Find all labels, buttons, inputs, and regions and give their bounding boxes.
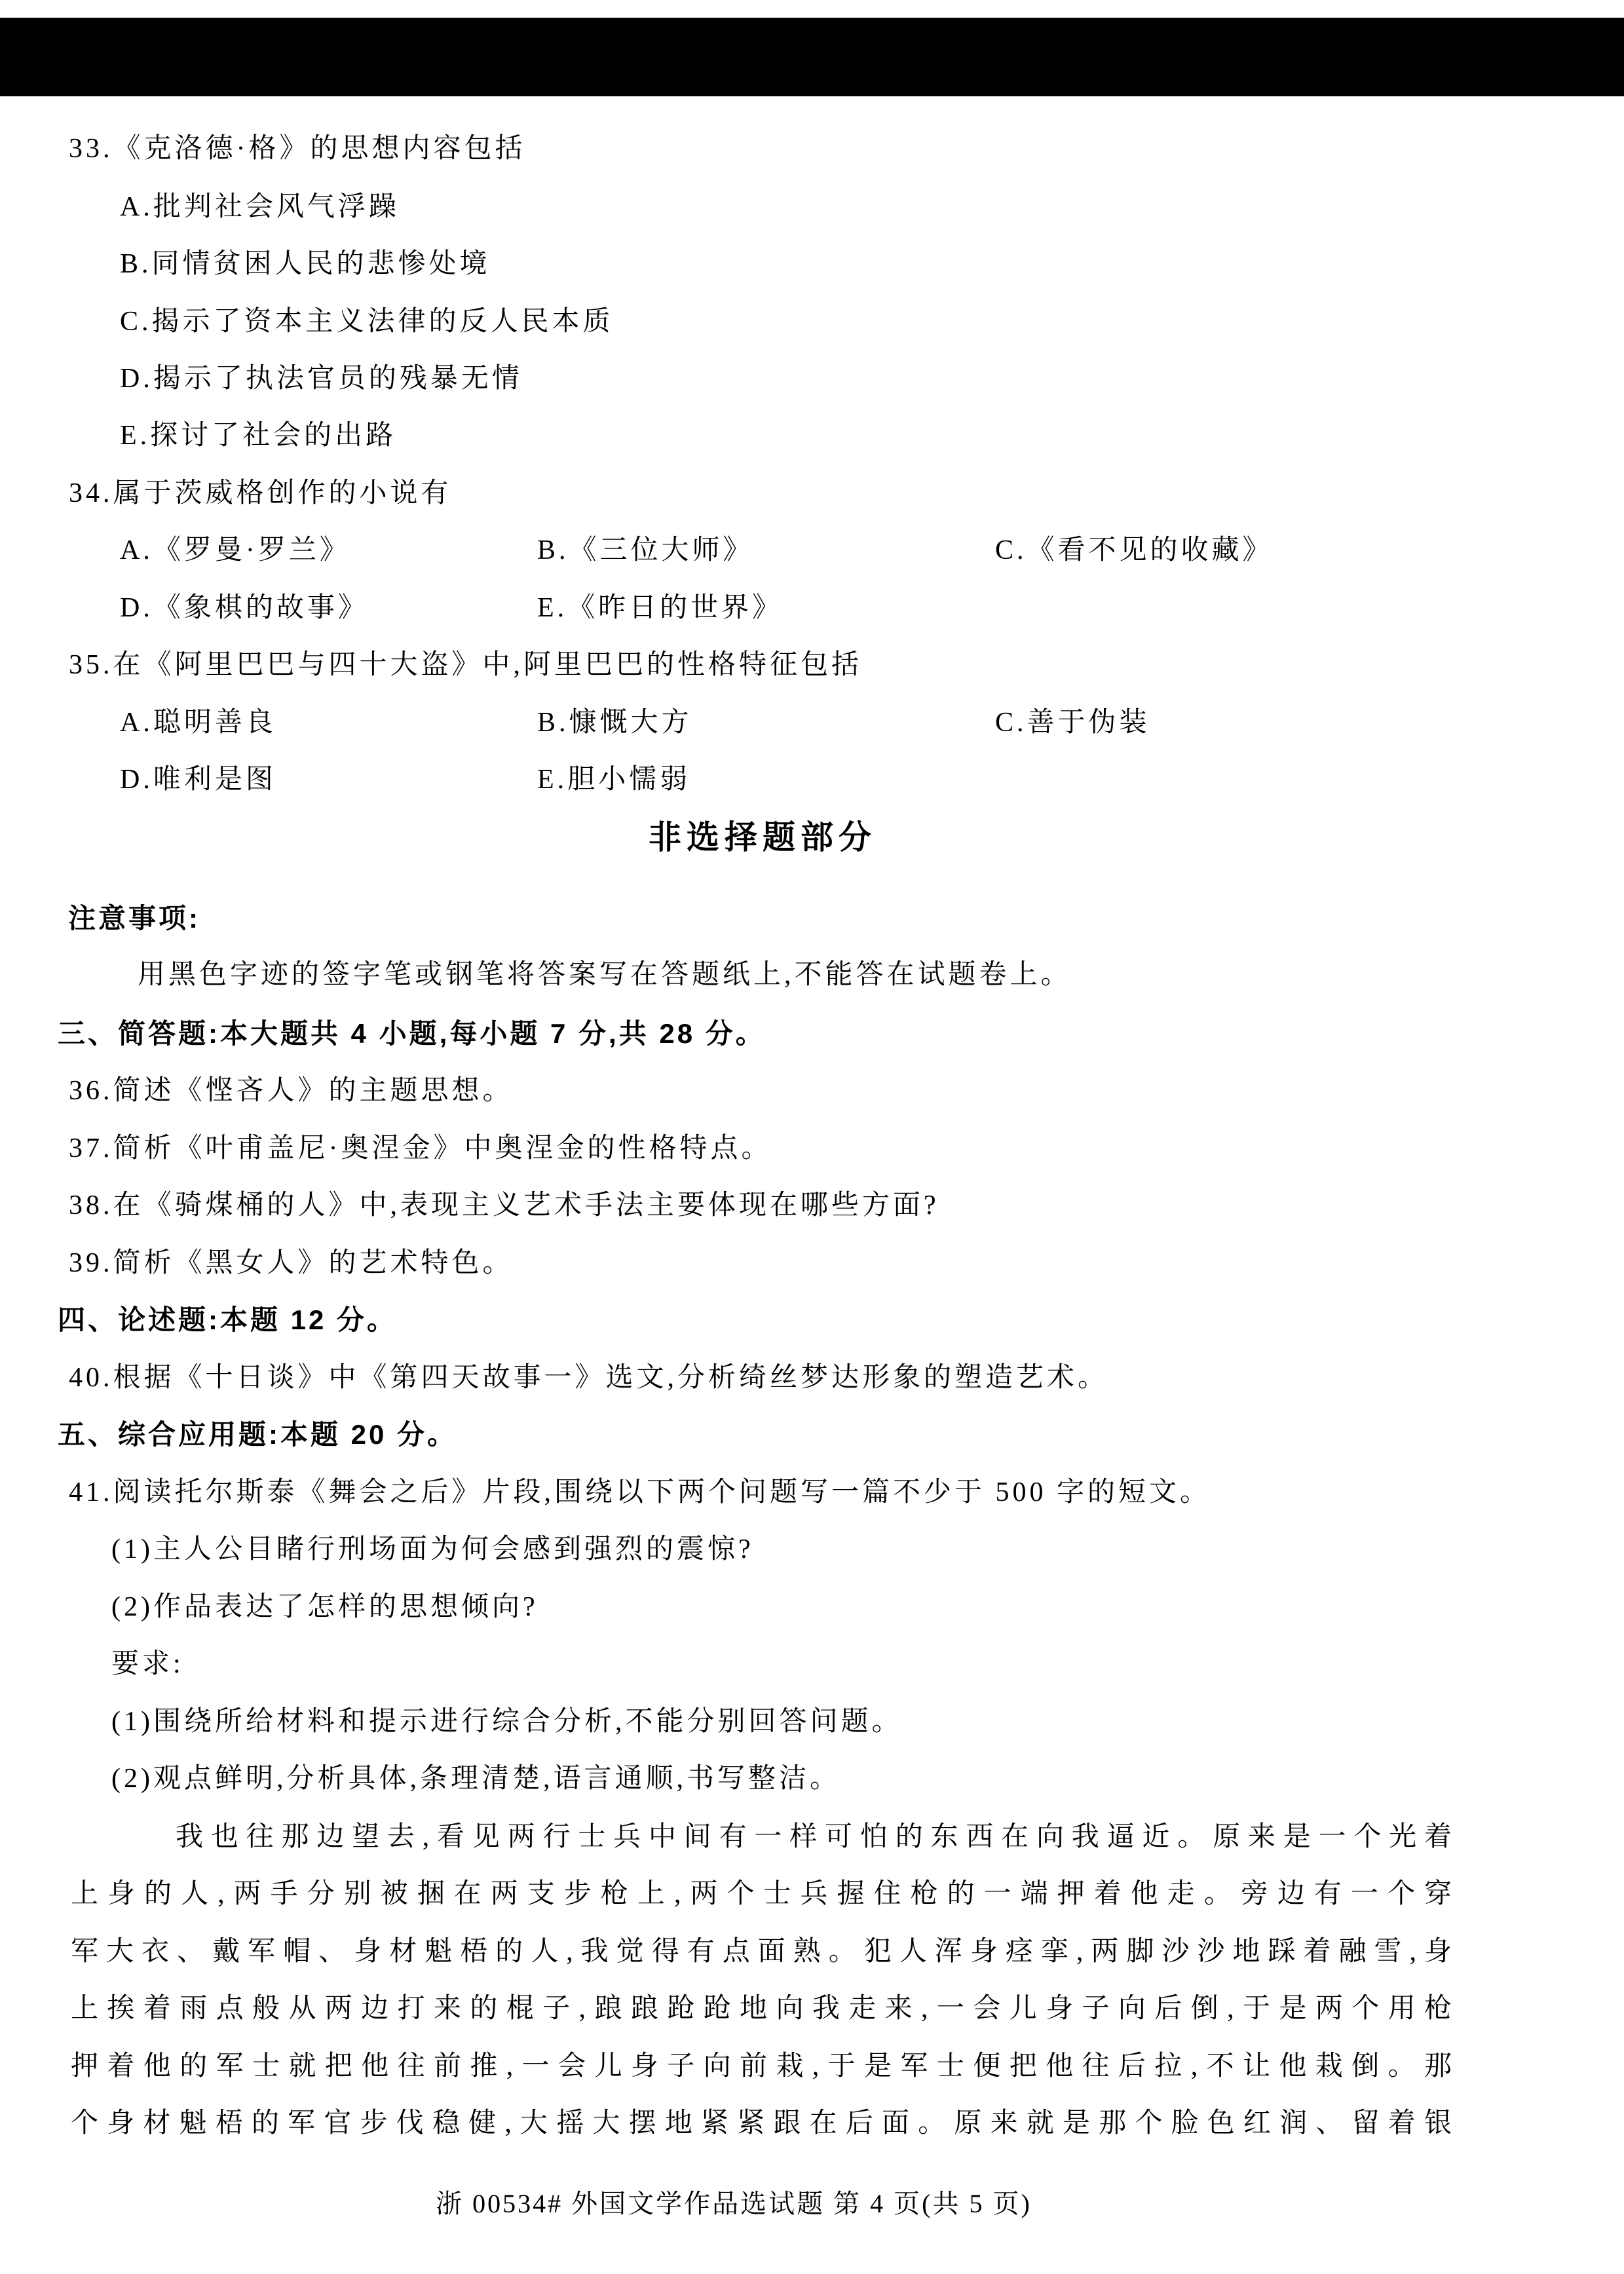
requirement-2: (2)观点鲜明,分析具体,条理清楚,语言通顺,书写整洁。 [111,1763,840,1794]
part-3-heading: 三、简答题:本大题共 4 小题,每小题 7 分,共 28 分。 [58,1018,766,1050]
question-33-option-b: B.同情贫困人民的悲惨处境 [120,248,491,280]
question-35-option-c: C.善于伪装 [995,707,1150,738]
question-34-option-a: A.《罗曼·罗兰》 [120,535,350,566]
passage-line: 上挨着雨点般从两边打来的棍子,踉踉跄跄地向我走来,一会儿身子向后倒,于是两个用枪 [71,1992,1454,2025]
question-33-title: 33.《克洛德·格》的思想内容包括 [69,133,526,164]
requirement-1: (1)围绕所给材料和提示进行综合分析,不能分别回答问题。 [111,1706,902,1737]
redaction-banner [0,18,1624,96]
passage-line: 个身材魁梧的军官步伐稳健,大摇大摆地紧紧跟在后面。原来就是那个脸色红润、留着银 [71,2107,1454,2140]
requirements-label: 要求: [111,1648,184,1680]
question-41-sub-1: (1)主人公目睹行刑场面为何会感到强烈的震惊? [111,1534,754,1565]
question-33-option-c: C.揭示了资本主义法律的反人民本质 [120,306,614,337]
question-39: 39.简析《黑女人》的艺术特色。 [69,1247,514,1279]
question-35-option-d: D.唯利是图 [120,764,276,795]
section-heading: 非选择题部分 [71,811,1454,858]
question-35-options-row-1: A.聪明善良 B.慷慨大方 C.善于伪装 [0,707,1624,746]
question-34-option-e: E.《昨日的世界》 [537,592,783,624]
question-33-option-d: D.揭示了执法官员的残暴无情 [120,363,523,394]
passage-line: 押着他的军士就把他往前推,一会儿身子向前栽,于是军士便把他往后拉,不让他栽倒。那 [71,2050,1454,2083]
question-34-option-c: C.《看不见的收藏》 [995,535,1274,566]
question-33-option-a: A.批判社会风气浮躁 [120,191,400,223]
page-footer: 浙 00534# 外国文学作品选试题 第 4 页(共 5 页) [71,2183,1397,2220]
question-37: 37.简析《叶甫盖尼·奥涅金》中奥涅金的性格特点。 [69,1133,772,1164]
exam-page: 33.《克洛德·格》的思想内容包括 A.批判社会风气浮躁 B.同情贫困人民的悲惨… [0,0,1624,2274]
question-38: 38.在《骑煤桶的人》中,表现主义艺术手法主要体现在哪些方面? [69,1190,939,1221]
question-41-sub-2: (2)作品表达了怎样的思想倾向? [111,1591,538,1623]
passage-line: 上身的人,两手分别被捆在两支步枪上,两个士兵握住枪的一端押着他走。旁边有一个穿 [71,1878,1454,1910]
question-34-options-row-1: A.《罗曼·罗兰》 B.《三位大师》 C.《看不见的收藏》 [0,535,1624,574]
passage-line: 军大衣、戴军帽、身材魁梧的人,我觉得有点面熟。犯人浑身痉挛,两脚沙沙地踩着融雪,… [71,1935,1454,1968]
question-35-option-b: B.慷慨大方 [537,707,692,738]
passage-line: 我也往那边望去,看见两行士兵中间有一样可怕的东西在向我逼近。原来是一个光着 [71,1821,1454,1853]
question-36: 36.简述《悭吝人》的主题思想。 [69,1075,514,1107]
question-35-option-e: E.胆小懦弱 [537,764,690,795]
question-35-options-row-2: D.唯利是图 E.胆小懦弱 [0,764,1624,803]
part-5-heading: 五、综合应用题:本题 20 分。 [58,1419,457,1450]
question-41: 41.阅读托尔斯泰《舞会之后》片段,围绕以下两个问题写一篇不少于 500 字的短… [69,1477,1211,1508]
question-34-title: 34.属于茨威格创作的小说有 [69,478,452,509]
question-33-option-e: E.探讨了社会的出路 [120,420,396,451]
question-34-option-b: B.《三位大师》 [537,535,754,566]
notice-text: 用黑色字迹的签字笔或钢笔将答案写在答题纸上,不能答在试题卷上。 [138,959,1072,991]
question-40: 40.根据《十日谈》中《第四天故事一》选文,分析绮丝梦达形象的塑造艺术。 [69,1362,1108,1393]
question-34-option-d: D.《象棋的故事》 [120,592,369,624]
question-34-options-row-2: D.《象棋的故事》 E.《昨日的世界》 [0,592,1624,632]
part-4-heading: 四、论述题:本题 12 分。 [58,1304,397,1336]
question-35-title: 35.在《阿里巴巴与四十大盗》中,阿里巴巴的性格特征包括 [69,649,862,681]
notice-label: 注意事项: [68,903,200,934]
question-35-option-a: A.聪明善良 [120,707,276,738]
